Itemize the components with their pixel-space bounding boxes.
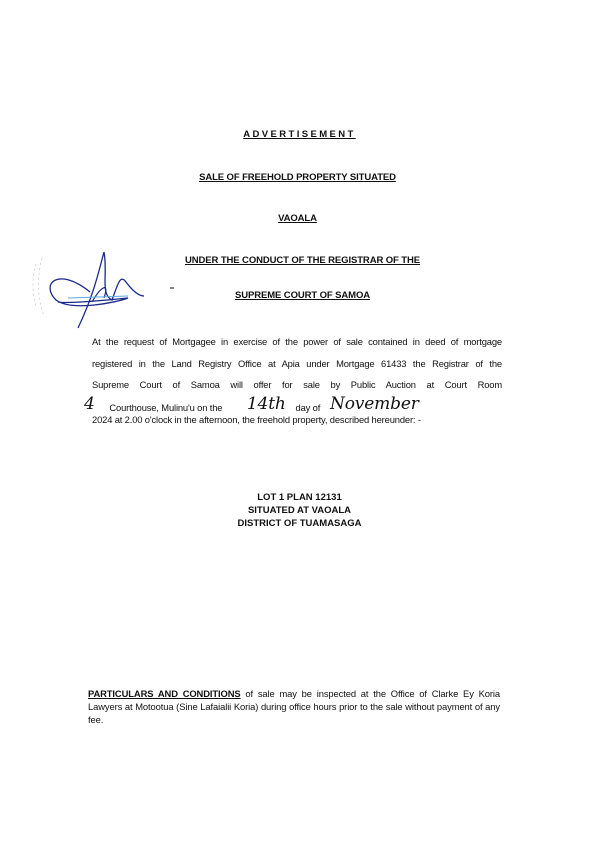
handwritten-day: 14th — [247, 394, 286, 414]
particulars-paragraph: PARTICULARS AND CONDITIONS of sale may b… — [88, 687, 500, 726]
body-line-1: At the request of Mortgagee in exercise … — [92, 331, 502, 353]
handwritten-courtroom: 4 — [84, 394, 95, 414]
handwritten-month: November — [330, 394, 419, 414]
property-situated: SITUATED AT VAOALA — [2, 504, 595, 517]
document-title: ADVERTISEMENT — [2, 129, 595, 140]
particulars-label: PARTICULARS AND CONDITIONS — [88, 688, 241, 699]
courthouse-text: Courthouse, Mulinu'u on the — [109, 402, 222, 413]
body-line-3: Supreme Court of Samoa will offer for sa… — [92, 374, 502, 396]
heading-sale: SALE OF FREEHOLD PROPERTY SITUATED — [0, 172, 595, 183]
signature-icon — [28, 244, 178, 339]
day-of-text: day of — [296, 402, 321, 413]
body-line-2: registered in the Land Registry Office a… — [92, 353, 502, 375]
auction-paragraph: At the request of Mortgagee in exercise … — [92, 331, 502, 439]
property-description: LOT 1 PLAN 12131 SITUATED AT VAOALA DIST… — [2, 491, 595, 530]
body-line-5: 2024 at 2.00 o'clock in the afternoon, t… — [92, 413, 502, 435]
property-district: DISTRICT OF TUAMASAGA — [2, 517, 595, 530]
property-lot: LOT 1 PLAN 12131 — [2, 491, 595, 504]
heading-location: VAOALA — [0, 213, 595, 224]
